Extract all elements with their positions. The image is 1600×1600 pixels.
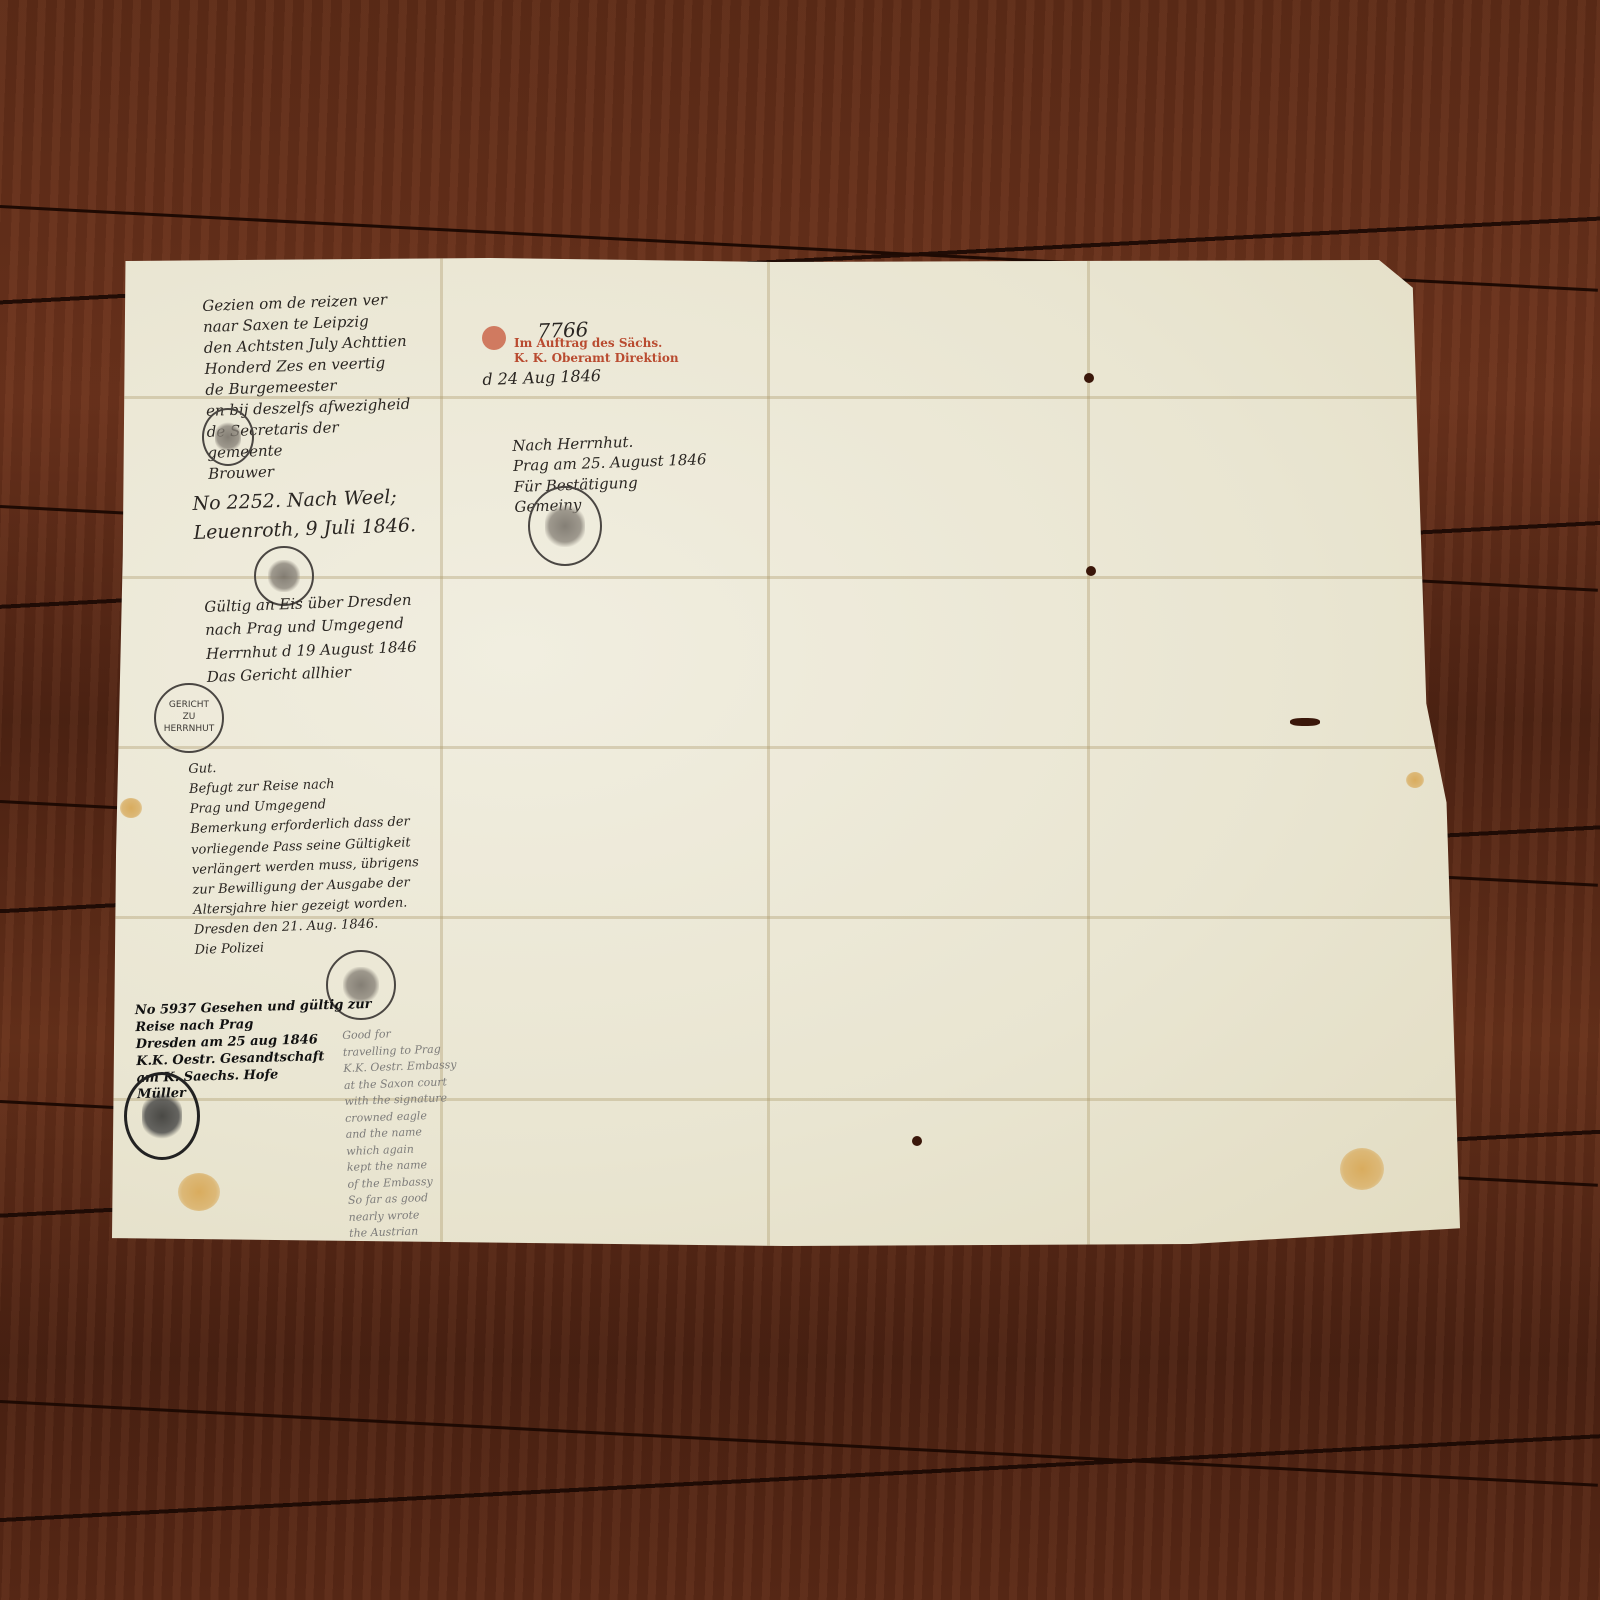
wax-stain bbox=[1406, 772, 1424, 788]
red-header-stamp: Im Auftrag des Sächs. K. K. Oberamt Dire… bbox=[514, 336, 679, 366]
gemeente-stamp bbox=[202, 408, 254, 466]
wormhole bbox=[1086, 566, 1096, 576]
red-eagle-stamp bbox=[482, 326, 506, 350]
austrian-legation-stamp bbox=[124, 1072, 200, 1160]
weimar-visa-text: No 2252. Nach Weel; Leuenroth, 9 Juli 18… bbox=[192, 482, 417, 549]
wormhole bbox=[1290, 718, 1320, 726]
prague-police-stamp bbox=[528, 486, 602, 566]
wax-stain bbox=[1340, 1148, 1384, 1190]
wormhole bbox=[912, 1136, 922, 1146]
prague-date-text: d 24 Aug 1846 bbox=[482, 364, 601, 393]
wax-stain bbox=[178, 1173, 220, 1211]
herrnhut-visa-text: Gültig an Eis über Dresden nach Prag und… bbox=[204, 589, 418, 689]
herrnhut-court-stamp: GERICHT ZU HERRNHUT bbox=[154, 683, 224, 753]
dresden-police-visa-text: Gut. Befugt zur Reise nach Prag und Umge… bbox=[188, 752, 422, 961]
fold-line bbox=[112, 576, 1460, 579]
wax-stain bbox=[120, 798, 142, 818]
pencil-note: Good for travelling to Prag K.K. Oestr. … bbox=[342, 1024, 463, 1242]
passport-document: Gezien om de reizen ver naar Saxen te Le… bbox=[112, 258, 1460, 1248]
wormhole bbox=[1084, 373, 1094, 383]
fold-line bbox=[112, 746, 1460, 749]
